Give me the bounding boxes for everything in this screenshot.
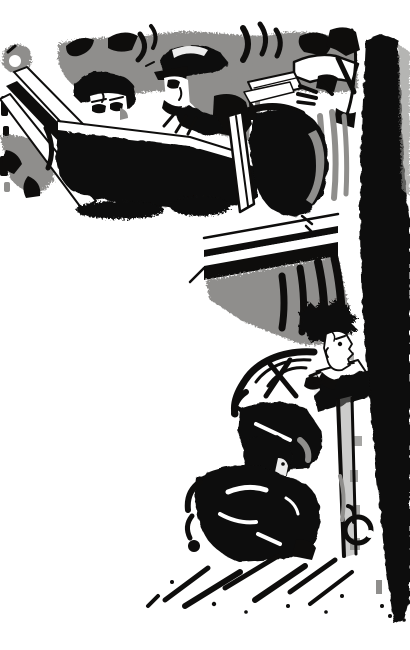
face-highlight — [9, 55, 21, 67]
speckle — [380, 604, 384, 608]
ink-illustration: Ink drawing scene Foliage and crowd back… — [0, 0, 410, 650]
gray-hatch — [332, 112, 336, 198]
gray-fleck — [354, 436, 362, 446]
illustration-page: Ink drawing scene Foliage and crowd back… — [0, 0, 410, 650]
speckle — [212, 602, 216, 606]
speckle — [388, 614, 392, 618]
edge-dash — [4, 182, 10, 192]
mouth-line — [348, 363, 354, 364]
speckle — [402, 618, 406, 622]
speckle — [324, 610, 328, 614]
eye — [338, 342, 342, 346]
eye — [92, 104, 106, 113]
shadow-streak — [282, 276, 284, 328]
speckle — [286, 604, 290, 608]
gray-fleck — [376, 580, 382, 594]
eye — [281, 462, 285, 466]
eye-shadow — [167, 79, 180, 88]
ring-gap — [366, 530, 374, 538]
door-shadow — [76, 201, 164, 219]
gray-hatch — [344, 116, 347, 194]
speckle — [396, 600, 400, 604]
speckle — [170, 580, 174, 584]
speckle — [244, 610, 248, 614]
door-shadow — [170, 196, 230, 216]
speckle — [340, 594, 344, 598]
finger-stroke — [298, 102, 314, 104]
hand-blob — [188, 540, 200, 552]
